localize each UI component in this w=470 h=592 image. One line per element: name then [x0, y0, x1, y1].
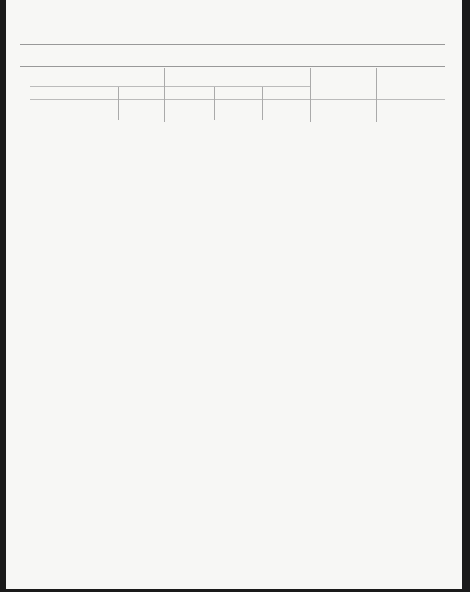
table-top-rule	[20, 66, 445, 67]
cells-rule	[30, 99, 445, 100]
divider	[118, 87, 119, 120]
subheader-rule	[30, 86, 310, 87]
divider	[214, 87, 215, 120]
divider	[164, 68, 165, 122]
title-rule	[20, 44, 445, 45]
divider	[310, 68, 311, 122]
registrar-report-page	[6, 0, 462, 589]
divider	[376, 68, 377, 122]
divider	[262, 87, 263, 120]
